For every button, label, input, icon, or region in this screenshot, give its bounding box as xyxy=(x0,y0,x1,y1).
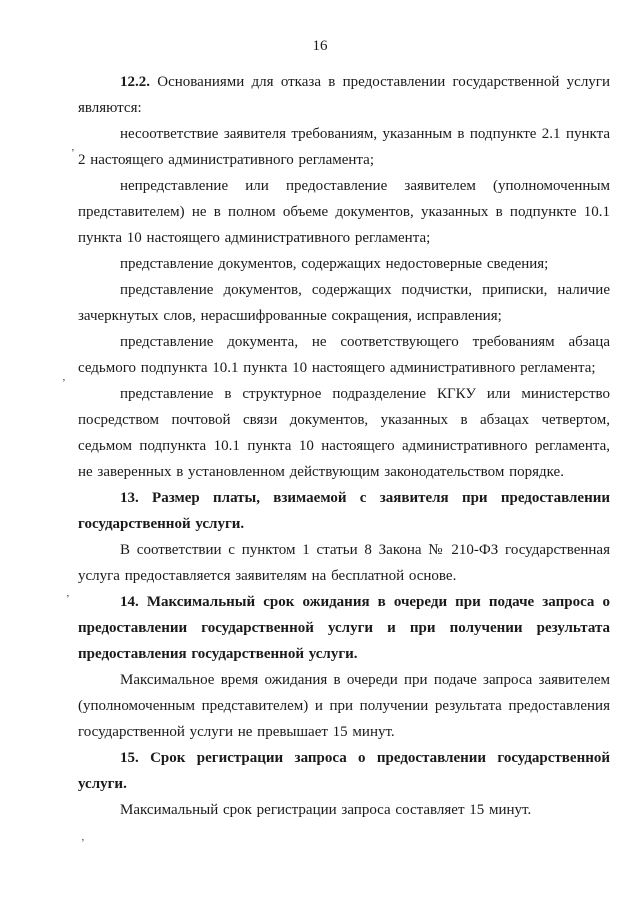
paragraph: представление документа, не соответствую… xyxy=(78,329,610,381)
paragraph-number: 14. xyxy=(120,594,139,610)
paragraph: представление документов, содержащих под… xyxy=(78,277,610,329)
paragraph-number: 15. xyxy=(120,750,139,766)
paragraph: представление в структурное подразделени… xyxy=(78,381,610,485)
paragraph-number: 13. xyxy=(120,490,139,506)
paragraph: В соответствии с пунктом 1 статьи 8 Зако… xyxy=(78,537,610,589)
paragraph: 12.2. Основаниями для отказа в предостав… xyxy=(78,69,610,121)
scan-artifact-mark: ’ xyxy=(62,378,66,389)
page-number: 16 xyxy=(0,0,640,54)
document-body: 12.2. Основаниями для отказа в предостав… xyxy=(78,69,610,823)
paragraph-number: 12.2. xyxy=(120,74,150,90)
paragraph: представление документов, содержащих нед… xyxy=(78,251,610,277)
paragraph: Максимальное время ожидания в очереди пр… xyxy=(78,667,610,745)
scan-artifact-mark: ’ xyxy=(66,594,70,605)
section-heading: 15. Срок регистрации запроса о предостав… xyxy=(78,745,610,797)
paragraph: непредставление или предоставление заяви… xyxy=(78,173,610,251)
section-heading: 14. Максимальный срок ожидания в очереди… xyxy=(78,589,610,667)
paragraph: несоответствие заявителя требованиям, ук… xyxy=(78,121,610,173)
paragraph: Максимальный срок регистрации запроса со… xyxy=(78,797,610,823)
scanned-document-page: { "page": { "number": "16" }, "artifact_… xyxy=(0,0,640,905)
scan-artifact-mark: ’ xyxy=(71,148,75,159)
section-heading: 13. Размер платы, взимаемой с заявителя … xyxy=(78,485,610,537)
scan-artifact-mark: ’ xyxy=(81,838,85,849)
